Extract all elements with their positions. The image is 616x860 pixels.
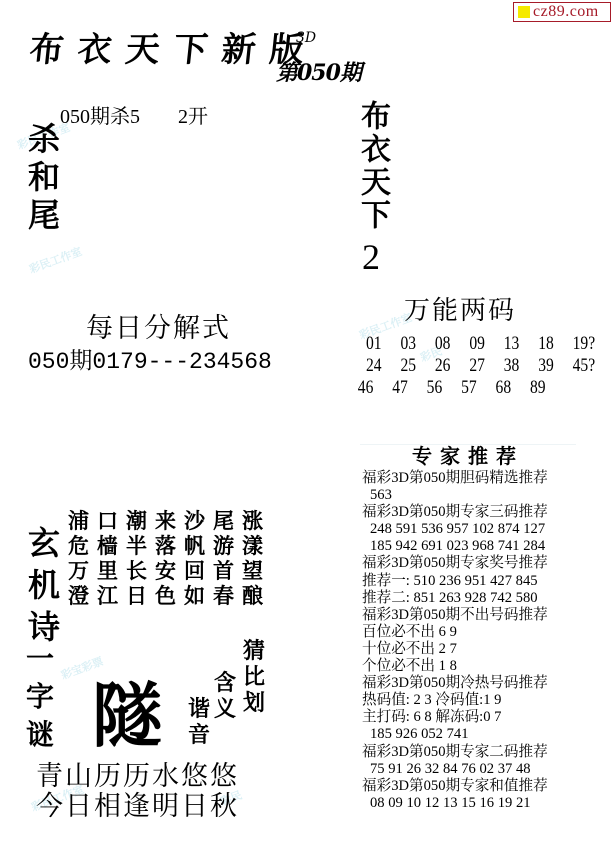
number-cell: 18 <box>538 333 572 355</box>
number-cell: 38 <box>504 355 538 377</box>
expert-line: 08 09 10 12 13 15 16 19 21 <box>362 795 548 812</box>
number-cell: 26 <box>435 355 469 377</box>
number-cell: 39 <box>538 355 572 377</box>
expert-line: 个位必不出 1 8 <box>362 658 548 675</box>
expert-line: 主打码: 6 8 解冻码:0 7 <box>362 709 548 726</box>
expert-line: 福彩3D第050期不出号码推荐 <box>362 607 548 624</box>
number-cell: 89 <box>530 377 564 399</box>
wanneng-grid: 01030809131819? 24252627383945? 46475657… <box>366 333 607 399</box>
wanneng-row: 464756576889 <box>358 377 607 399</box>
riddle-head: 一 字 谜 <box>26 640 54 754</box>
poem-line: 万里长安回首望 <box>68 558 271 583</box>
buyi-number: 2 <box>362 236 380 278</box>
expert-line: 福彩3D第050期胆码精选推荐 <box>362 470 548 487</box>
kill-line: 050期杀52开 <box>60 100 208 129</box>
expert-line: 福彩3D第050期专家奖号推荐 <box>362 555 548 572</box>
expert-line: 福彩3D第050期冷热号码推荐 <box>362 675 548 692</box>
hint-sound: 音 <box>188 718 210 749</box>
expert-title: 专家推荐 <box>412 440 524 469</box>
wanneng-row: 01030809131819? <box>366 333 607 355</box>
yellow-square-icon <box>518 6 530 18</box>
riddle-character: 隧 <box>92 660 162 761</box>
closing-couplet: 青山历历水悠悠 今日相逢明日秋 <box>36 762 239 822</box>
expert-line: 十位必不出 2 7 <box>362 641 548 658</box>
kill-sum-tail-label: 杀和尾 <box>22 122 62 236</box>
expert-line: 福彩3D第050期专家三码推荐 <box>362 504 548 521</box>
daily-decomposition-title: 每日分解式 <box>86 306 231 345</box>
expert-line: 75 91 26 32 84 76 02 37 48 <box>362 761 548 778</box>
expert-line: 推荐二: 851 263 928 742 580 <box>362 590 548 607</box>
number-cell: 46 <box>358 377 392 399</box>
number-cell: 24 <box>366 355 400 377</box>
number-cell: 09 <box>469 333 503 355</box>
open-text: 2开 <box>178 106 208 128</box>
poem-head-char: 机 <box>28 564 60 606</box>
poem-line: 危樯半落帆游漾 <box>68 533 271 558</box>
number-cell: 47 <box>392 377 426 399</box>
wanneng-title: 万能两码 <box>404 290 516 327</box>
issue-game-label: 3D <box>296 30 316 46</box>
wanneng-row: 24252627383945? <box>366 355 607 377</box>
poem-line: 澄江日色如春酿 <box>68 583 271 608</box>
kill-text: 050期杀5 <box>60 106 140 128</box>
riddle-head-char: 一 <box>26 640 54 678</box>
site-badge[interactable]: cz89.com <box>513 2 611 22</box>
number-cell: 27 <box>469 355 503 377</box>
expert-line: 福彩3D第050期专家二码推荐 <box>362 744 548 761</box>
expert-line: 563 <box>362 487 548 504</box>
number-cell: 25 <box>400 355 434 377</box>
poem-head-char: 玄 <box>28 522 60 564</box>
number-cell: 03 <box>400 333 434 355</box>
riddle-head-char: 谜 <box>26 716 54 754</box>
expert-line: 248 591 536 957 102 874 127 <box>362 521 548 538</box>
buyi-vertical-label: 布衣天下 <box>350 100 394 232</box>
number-cell: 13 <box>504 333 538 355</box>
riddle-head-char: 字 <box>26 678 54 716</box>
expert-line: 热码值: 2 3 冷码值:1 9 <box>362 692 548 709</box>
expert-line: 185 942 691 023 968 741 284 <box>362 538 548 555</box>
expert-line: 推荐一: 510 236 951 427 845 <box>362 573 548 590</box>
number-cell: 68 <box>496 377 530 399</box>
number-cell: 45? <box>573 355 607 377</box>
number-cell: 01 <box>366 333 400 355</box>
expert-list: 福彩3D第050期胆码精选推荐 563 福彩3D第050期专家三码推荐 248 … <box>362 470 548 812</box>
number-cell: 08 <box>435 333 469 355</box>
hint-meaning: 义 <box>214 692 236 723</box>
poem-line: 浦口潮来沙尾涨 <box>68 508 271 533</box>
expert-line: 185 926 052 741 <box>362 726 548 743</box>
expert-line: 百位必不出 6 9 <box>362 624 548 641</box>
number-cell: 56 <box>427 377 461 399</box>
expert-line: 福彩3D第050期专家和值推荐 <box>362 778 548 795</box>
watermark: 彩民工作室 <box>27 243 84 277</box>
closing-line: 青山历历水悠悠 <box>36 762 239 792</box>
number-cell: 19? <box>573 333 607 355</box>
closing-line: 今日相逢明日秋 <box>36 792 239 822</box>
daily-decomposition-line: 050期0179---234568 <box>28 342 272 375</box>
issue-label: 第050期 <box>276 56 361 87</box>
site-url: cz89.com <box>533 3 599 21</box>
number-cell: 57 <box>461 377 495 399</box>
poem-head: 玄 机 诗 <box>28 522 60 648</box>
hint-draw: 划 <box>243 686 265 717</box>
poem-body: 浦口潮来沙尾涨 危樯半落帆游漾 万里长安回首望 澄江日色如春酿 <box>68 508 271 608</box>
